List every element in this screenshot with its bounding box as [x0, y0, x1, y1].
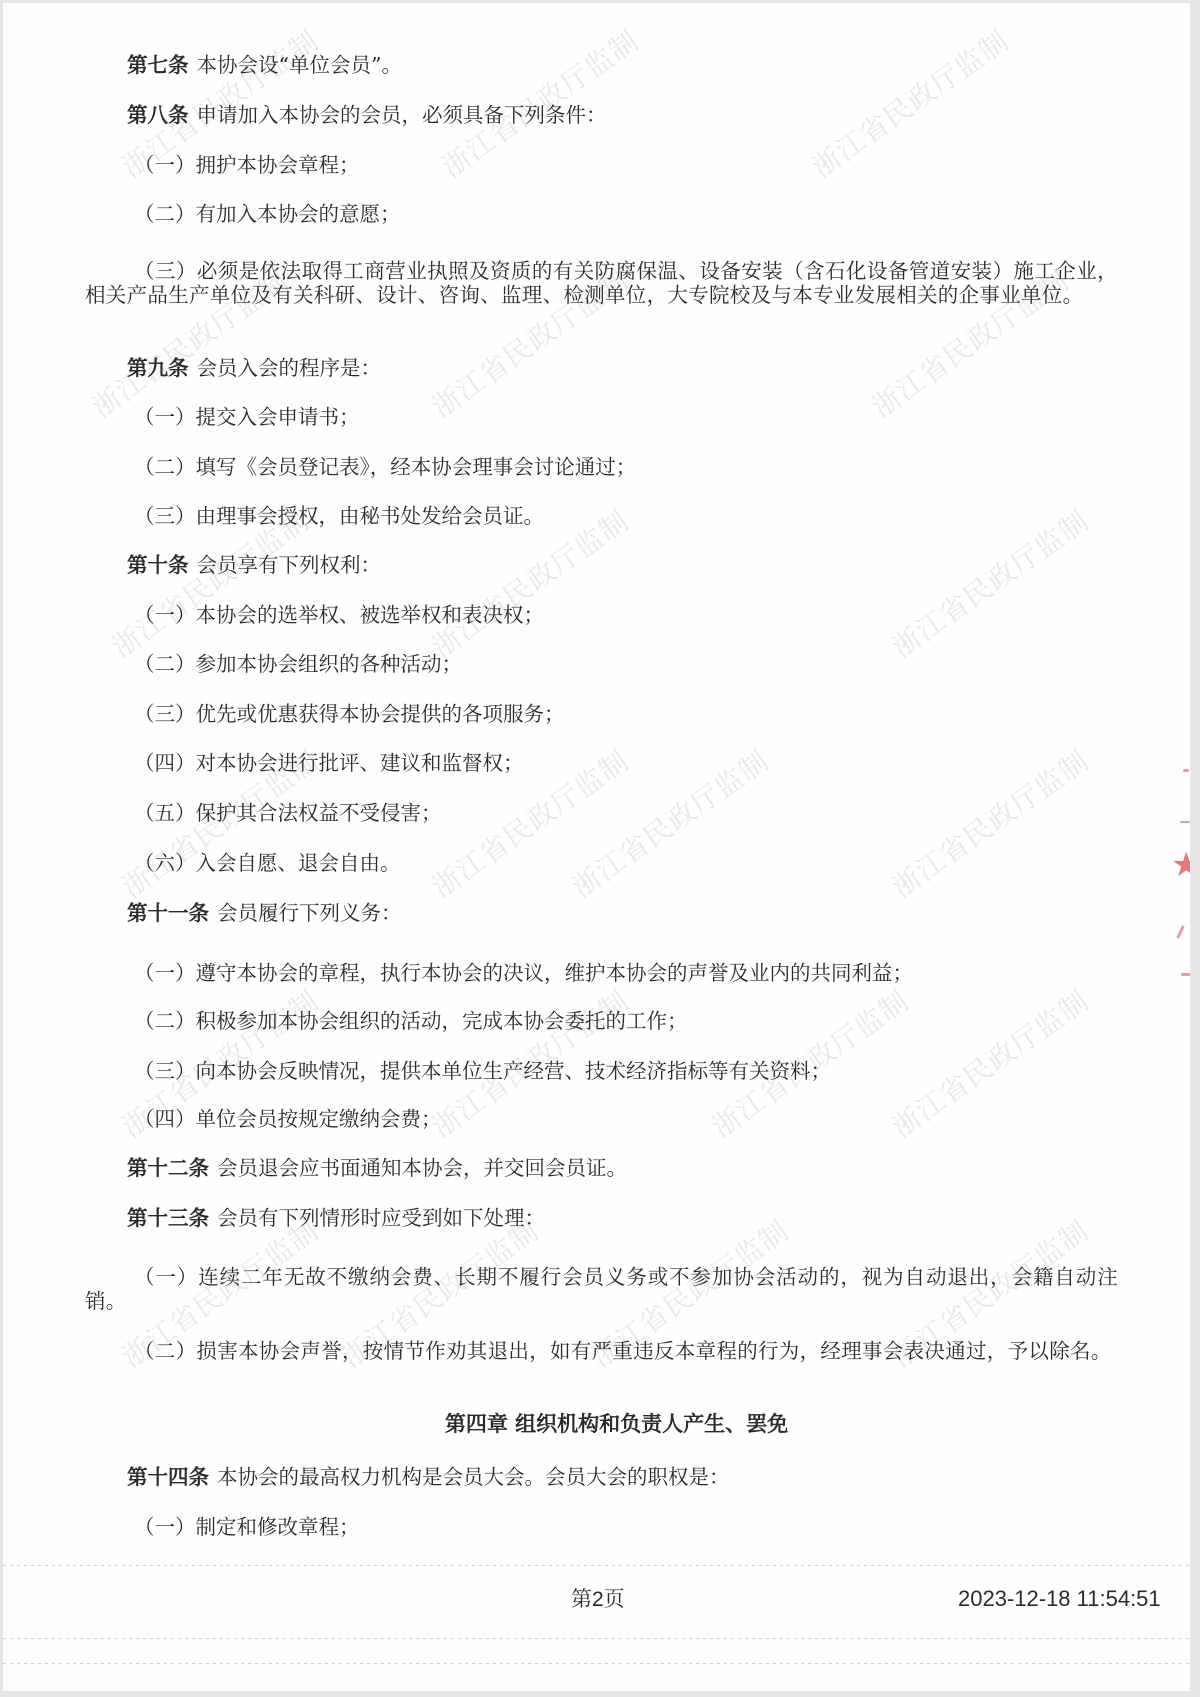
- article-text: 会员入会的程序是：: [197, 356, 382, 380]
- list-item: （一）拥护本协会章程；: [134, 150, 360, 180]
- article-line: 第十二条会员退会应书面通知本协会，并交回会员证。: [127, 1153, 627, 1183]
- article-line: 第七条本协会设“单位会员”。: [127, 50, 402, 80]
- stamp-mark: [1180, 821, 1190, 823]
- stamp-mark: [1183, 769, 1189, 772]
- watermark-text: 浙江省民政厅监制: [883, 980, 1096, 1146]
- article-text: 本协会设“单位会员”。: [197, 53, 402, 77]
- scan-noise-line: [3, 1638, 1190, 1639]
- article-number: 第十四条: [127, 1465, 209, 1489]
- paragraph: （一）连续二年无故不缴纳会费、长期不履行会员义务或不参加协会活动的，视为自动退出…: [85, 1265, 1118, 1313]
- article-line: 第十条会员享有下列权利：: [127, 550, 381, 580]
- footer-divider: [3, 1565, 1190, 1566]
- list-item: （二）参加本协会组织的各种活动；: [134, 649, 462, 679]
- stamp-mark: [1176, 925, 1185, 939]
- list-item: （五）保护其合法权益不受侵害；: [134, 798, 442, 828]
- article-line: 第九条会员入会的程序是：: [127, 353, 381, 383]
- list-item: （一）遵守本协会的章程，执行本协会的决议，维护本协会的声誉及业内的共同利益；: [134, 958, 913, 988]
- article-number: 第十条: [127, 553, 189, 577]
- list-item: （三）优先或优惠获得本协会提供的各项服务；: [134, 699, 565, 729]
- watermark-text: 浙江省民政厅监制: [803, 20, 1016, 186]
- list-item: （一）提交入会申请书；: [134, 402, 360, 432]
- seal-stamp-fragment: ★: [1163, 733, 1190, 963]
- article-text: 会员履行下列义务：: [217, 901, 402, 925]
- stamp-mark: [1181, 973, 1190, 976]
- article-text: 会员退会应书面通知本协会，并交回会员证。: [217, 1156, 627, 1180]
- list-item: （一）制定和修改章程；: [134, 1512, 360, 1542]
- watermark-text: 浙江省民政厅监制: [563, 740, 776, 906]
- list-item: （四）对本协会进行批评、建议和监督权；: [134, 748, 524, 778]
- list-item: （一）本协会的选举权、被选举权和表决权；: [134, 600, 544, 630]
- chapter-heading: 第四章 组织机构和负责人产生、罢免: [3, 1408, 1190, 1438]
- article-number: 第十一条: [127, 901, 209, 925]
- print-timestamp: 2023-12-18 11:54:51: [958, 1586, 1161, 1612]
- article-text: 会员享有下列权利：: [197, 553, 382, 577]
- star-icon: ★: [1171, 845, 1190, 885]
- article-text: 申请加入本协会的会员，必须具备下列条件：: [197, 103, 607, 127]
- paragraph: （二）损害本协会声誉，按情节作劝其退出，如有严重违反本章程的行为，经理事会表决通…: [85, 1339, 1118, 1363]
- watermark-text: 浙江省民政厅监制: [883, 740, 1096, 906]
- article-line: 第十四条本协会的最高权力机构是会员大会。会员大会的职权是：: [127, 1462, 730, 1492]
- list-item: （四）单位会员按规定缴纳会费；: [134, 1104, 442, 1134]
- list-item: （二）填写《会员登记表》，经本协会理事会讨论通过；: [134, 452, 636, 482]
- article-line: 第十一条会员履行下列义务：: [127, 898, 402, 928]
- page-number: 第2页: [571, 1583, 625, 1613]
- article-text: 本协会的最高权力机构是会员大会。会员大会的职权是：: [217, 1465, 730, 1489]
- article-number: 第七条: [127, 53, 189, 77]
- paragraph: （三）必须是依法取得工商营业执照及资质的有关防腐保温、设备安装（含石化设备管道安…: [85, 259, 1118, 307]
- list-item: （六）入会自愿、退会自由。: [134, 848, 401, 878]
- article-number: 第十三条: [127, 1206, 209, 1230]
- article-line: 第十三条会员有下列情形时应受到如下处理：: [127, 1203, 545, 1233]
- article-number: 第八条: [127, 103, 189, 127]
- article-number: 第十二条: [127, 1156, 209, 1180]
- scan-noise-line: [3, 1663, 1190, 1664]
- list-item: （二）有加入本协会的意愿；: [134, 199, 401, 229]
- article-line: 第八条申请加入本协会的会员，必须具备下列条件：: [127, 100, 607, 130]
- article-text: 会员有下列情形时应受到如下处理：: [217, 1206, 545, 1230]
- list-item: （三）由理事会授权，由秘书处发给会员证。: [134, 501, 544, 531]
- document-page: 浙江省民政厅监制浙江省民政厅监制浙江省民政厅监制浙江省民政厅监制浙江省民政厅监制…: [3, 3, 1190, 1691]
- list-item: （二）积极参加本协会组织的活动，完成本协会委托的工作；: [134, 1006, 688, 1036]
- list-item: （三）向本协会反映情况，提供本单位生产经营、技术经济指标等有关资料；: [134, 1056, 831, 1086]
- watermark-text: 浙江省民政厅监制: [883, 500, 1096, 666]
- article-number: 第九条: [127, 356, 189, 380]
